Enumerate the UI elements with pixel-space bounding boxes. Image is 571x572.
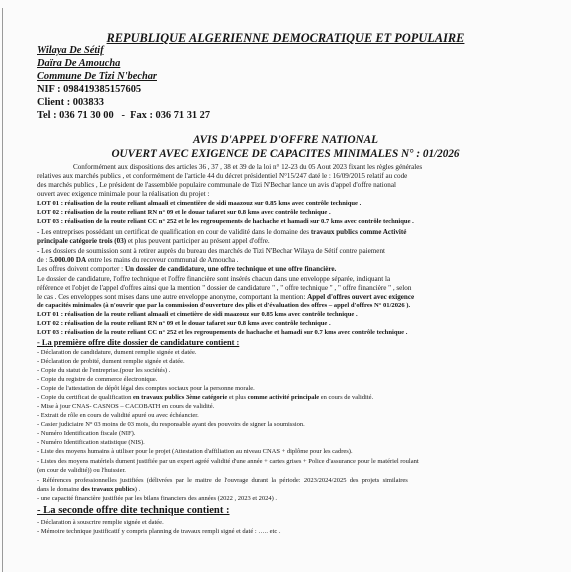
condition-certificate-line1: - Les entreprises possédant un certifica…	[37, 228, 406, 236]
item-text: et plus	[229, 394, 248, 401]
daira-label: Daïra De Amoucha	[37, 58, 120, 70]
condition-text: de :	[37, 256, 49, 264]
condition-envelope-line4: de capacités minimales (à n'ouvrir que p…	[37, 302, 410, 309]
intro-line: relatives aux marchés publics , et confo…	[37, 172, 407, 180]
notice-title-line2: OUVERT AVEC EXIGENCE DE CAPACITES MINIMA…	[0, 148, 571, 160]
candidature-item-materiel-line1: - Listes des moyens matériels dument jus…	[37, 458, 419, 465]
condition-bold-text: Appel d'offres ouvert avec exigence	[307, 293, 414, 301]
candidature-item: - Copie du registre de commerce électron…	[37, 376, 157, 383]
item-text: dans le domaine	[37, 486, 81, 493]
lot-01-line: LOT 01 : réalisation de la route reliant…	[37, 200, 361, 207]
scan-edge-line	[2, 8, 3, 572]
intro-line: Conformément aux dispositions des articl…	[73, 163, 422, 171]
intro-line: ouvert avec exigence minimale pour la ré…	[37, 190, 209, 198]
candidature-item-references-line1: - Références professionnelles justifiées…	[37, 477, 408, 484]
item-text: ) .	[135, 486, 140, 493]
condition-envelope-line1: Le dossier de candidature, l'offre techn…	[37, 275, 390, 283]
condition-certificate-line2: principale catégorie trois (03) et plus …	[37, 237, 270, 245]
candidature-item-references-line2: dans le domaine des travaux publics) .	[37, 486, 140, 493]
candidature-item: - Numéro Identification statistique (NIS…	[37, 439, 145, 446]
client-label: Client : 003833	[37, 97, 104, 109]
candidature-item: - Numéro Identification fiscale (NIF).	[37, 430, 135, 437]
notice-title-line1: AVIS D'APPEL D'OFFRE NATIONAL	[0, 134, 571, 146]
nif-label: NIF : 098419385157605	[37, 84, 141, 96]
condition-text: le cas . Ces enveloppes sont mises dans …	[37, 293, 307, 301]
intro-line: des marchés publics , Le président de l'…	[37, 181, 396, 189]
commune-label: Commune De Tizi N'bechar	[37, 71, 157, 83]
republic-title: REPUBLIQUE ALGERIENNE DEMOCRATIQUE ET PO…	[0, 31, 571, 46]
condition-text: entre les mains du recoveur communal de …	[86, 256, 238, 264]
lot-01-line: LOT 01 : réalisation de la route reliant…	[37, 311, 358, 318]
scanned-document-page: REPUBLIQUE ALGERIENNE DEMOCRATIQUE ET PO…	[0, 0, 571, 572]
condition-text: Les offres doivent comporter :	[37, 265, 125, 273]
technique-section-heading: - La seconde offre dite technique contie…	[37, 505, 230, 516]
item-text: - Copie du certificat de qualification	[37, 394, 133, 401]
item-bold-text: des travaux publics	[81, 486, 135, 493]
condition-dossier-line2: de : 5.000.00 DA entre les mains du reco…	[37, 256, 239, 264]
technique-item: - Déclaration à souscrire remplie signée…	[37, 519, 164, 526]
condition-offers-line: Les offres doivent comporter : Un dossie…	[37, 265, 336, 273]
candidature-item: - Mise à jour CNAS- CASNOS – CACOBATH en…	[37, 403, 214, 410]
candidature-item: - Casier judiciaire N° 03 moins de 03 mo…	[37, 421, 305, 428]
condition-text: - Les entreprises possédant un certifica…	[37, 228, 311, 236]
lot-03-line: LOT 03 : réalisation de la route reliant…	[37, 218, 414, 225]
lot-02-line: LOT 02 : réalisation de la route reliant…	[37, 320, 331, 327]
item-bold-text: en travaux publics 3ème catégorie	[133, 394, 229, 401]
item-text: en cours de validité.	[321, 394, 373, 401]
candidature-section-heading: - La première offre dite dossier de cand…	[37, 338, 239, 347]
candidature-item-materiel-line2: (en cour de validité)) ou l'huissier.	[37, 467, 126, 474]
wilaya-label: Wilaya De Sétif	[37, 45, 104, 57]
candidature-item: - Déclaration de candidature, dument rem…	[37, 349, 197, 356]
lot-03-line: LOT 03 : réalisation de la route reliant…	[37, 329, 407, 336]
candidature-item: - Extrait de rôle en cours de validité a…	[37, 412, 199, 419]
candidature-item-capacity: - une capacité financière justifiée par …	[37, 495, 277, 502]
candidature-item: - Copie du statut de l'entreprise.(pour …	[37, 367, 170, 374]
candidature-item: - Déclaration de probité, dument remplie…	[37, 358, 185, 365]
condition-dossier-line1: - Les dossiers de soumission sont à reti…	[37, 247, 385, 255]
condition-text: et plus peuvent participer au présent ap…	[128, 237, 270, 245]
condition-envelope-line2: référence et l'objet de l'appel d'offres…	[37, 284, 411, 292]
condition-bold-text: Un dossier de candidature, une offre tec…	[125, 265, 336, 273]
condition-envelope-line3: le cas . Ces enveloppes sont mises dans …	[37, 293, 414, 301]
tel-fax-label: Tel : 036 71 30 00 - Fax : 036 71 31 27	[37, 110, 210, 122]
price-amount: 5.000.00 DA	[49, 256, 86, 264]
candidature-item: - Liste des moyens humains à utiliser po…	[37, 448, 353, 455]
technique-item: - Mémoire technique justificatif y compr…	[37, 528, 281, 535]
lot-02-line: LOT 02 : réalisation de la route reliant…	[37, 209, 331, 216]
condition-bold-text: travaux publics comme Activité	[311, 228, 407, 236]
candidature-item-certificate: - Copie du certificat de qualification e…	[37, 394, 373, 401]
candidature-item: - Copie de l'attestation de dépôt légal …	[37, 385, 255, 392]
condition-bold-text: principale catégorie trois (03)	[37, 237, 128, 245]
item-bold-text: comme activité principale	[248, 394, 321, 401]
